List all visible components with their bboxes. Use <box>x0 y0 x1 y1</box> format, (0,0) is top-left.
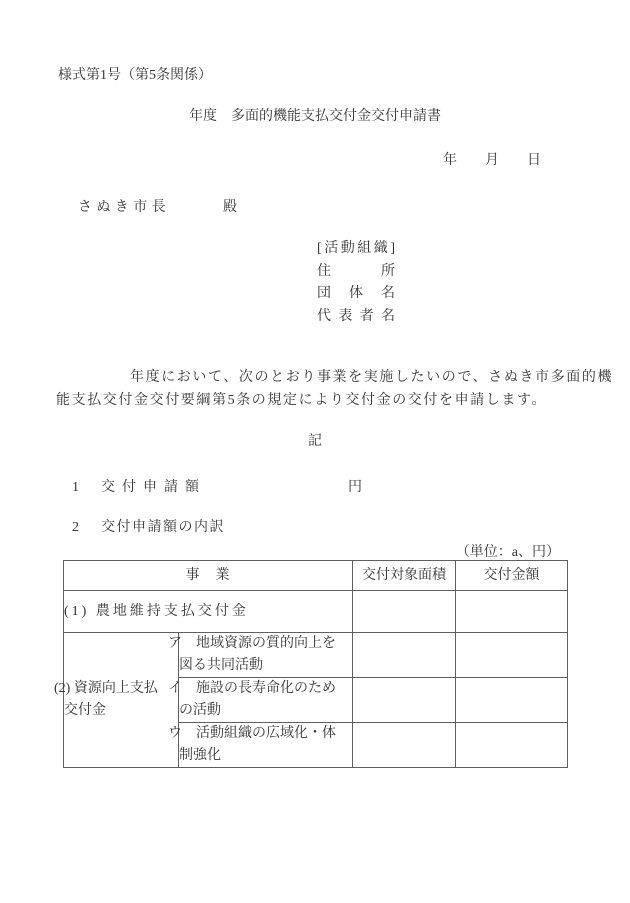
farmland-area-cell <box>353 591 456 633</box>
farmland-amount-cell <box>456 591 568 633</box>
item2-number: 2 <box>72 520 79 535</box>
item1-unit: 円 <box>348 476 362 496</box>
resource-sub-c-label: ウ 活動組織の広域化・体 制強化 <box>179 723 353 768</box>
table-row-resource-a: (2) 資源向上支払 交付金 ア 地域資源の質的向上を 図る共同活動 <box>64 633 568 678</box>
header-amount: 交付金額 <box>456 561 568 591</box>
breakdown-table: 事 業 交付対象面積 交付金額 (1) 農地維持支払交付金 (2) 資源向上支払… <box>63 560 568 768</box>
addressee-name: さぬき市長 <box>78 200 170 215</box>
item-breakdown-heading: 2交付申請額の内訳 <box>72 516 225 536</box>
resource-sub-a-amount-cell <box>456 633 568 678</box>
item1-number: 1 <box>72 480 79 495</box>
addressee-line: さぬき市長殿 <box>78 196 237 216</box>
resource-sub-b-label: イ 施設の長寿命化のため の活動 <box>179 678 353 723</box>
table-header-row: 事 業 交付対象面積 交付金額 <box>64 561 568 591</box>
item1-label: 交付申請額 <box>101 480 206 495</box>
farmland-label: (1) 農地維持支払交付金 <box>64 591 353 633</box>
form-number: 様式第1号（第5条関係） <box>58 64 212 84</box>
applicant-heading: [活動組織] <box>317 238 395 261</box>
header-area: 交付対象面積 <box>353 561 456 591</box>
body-paragraph: 年度において、次のとおり事業を実施したいので、さぬき市多面的機 能支払交付金交付… <box>56 367 613 412</box>
header-business: 事 業 <box>64 561 353 591</box>
unit-note: （単位：a、円） <box>456 541 560 561</box>
applicant-address-label: 住所 <box>317 261 395 284</box>
applicant-representative-label: 代表者名 <box>317 306 395 329</box>
item-application-amount: 1交付申請額円 <box>72 476 206 496</box>
item2-label: 交付申請額の内訳 <box>101 520 225 535</box>
date-line: 年 月 日 <box>443 149 541 169</box>
resource-sub-c-area-cell <box>353 723 456 768</box>
section-marker: 記 <box>0 430 630 450</box>
applicant-org-name-label: 団体名 <box>317 283 395 306</box>
table-row-farmland: (1) 農地維持支払交付金 <box>64 591 568 633</box>
document-title: 年度 多面的機能支払交付金交付申請書 <box>0 105 630 125</box>
honorific: 殿 <box>223 200 237 215</box>
resource-sub-a-label: ア 地域資源の質的向上を 図る共同活動 <box>179 633 353 678</box>
resource-sub-b-amount-cell <box>456 678 568 723</box>
resource-sub-a-area-cell <box>353 633 456 678</box>
document-page: 様式第1号（第5条関係） 年度 多面的機能支払交付金交付申請書 年 月 日 さぬ… <box>0 0 630 903</box>
applicant-block: [活動組織] 住所 団体名 代表者名 <box>317 238 395 328</box>
resource-group-label: (2) 資源向上支払 交付金 <box>64 633 179 768</box>
resource-sub-c-amount-cell <box>456 723 568 768</box>
resource-sub-b-area-cell <box>353 678 456 723</box>
